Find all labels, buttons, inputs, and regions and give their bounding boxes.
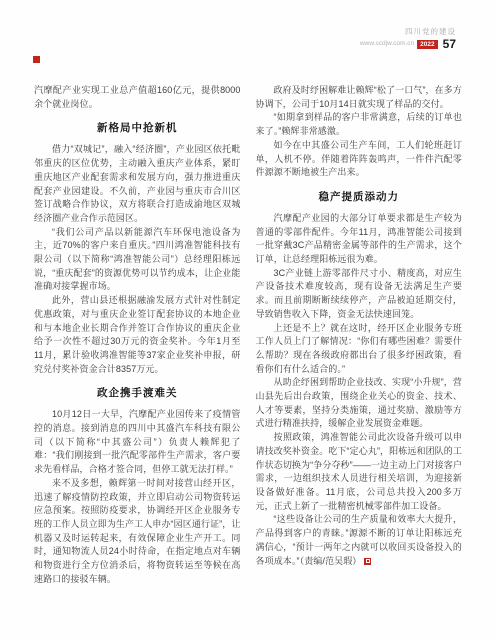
article-column-right: 政府及时纾困解难让赖辉“松了一口气”，在多方协调下，公司于10月14日就实现了样…: [256, 84, 463, 587]
magazine-page: 四川党的建设 www.scdjw.com.cn 2022 57 汽摩配产业实现工…: [0, 0, 496, 640]
section-heading: 政企携手渡难关: [34, 385, 241, 400]
paragraph: 汽摩配产业实现工业总产值超160亿元，提供8000余个就业岗位。: [34, 84, 241, 111]
section-heading: 新格局中抢新机: [34, 120, 241, 135]
article-end-icon: [364, 558, 371, 565]
year-badge: 2022: [417, 40, 437, 49]
article-column-left: 汽摩配产业实现工业总产值超160亿元，提供8000余个就业岗位。 新格局中抢新机…: [34, 84, 241, 587]
paragraph: 如今在中其盛公司生产车间，工人们轮班赶订单，人机不停。伴随着阵阵轰鸣声，一件件汽…: [256, 139, 463, 180]
paragraph: “如期拿到样品的客户非常满意，后续的订单也来了。”赖辉非常感激。: [256, 111, 463, 138]
magazine-title: 四川党的建设: [360, 27, 456, 37]
paragraph: 从助企纾困到帮助企业技改、实现“小升规”，营山县先后出台政策，围绕企业关心的资金…: [256, 376, 463, 431]
paragraph: 3C产业链上游零部件尺寸小、精度高，对应生产设备技术难度较高，现有设备无法满足生…: [256, 267, 463, 322]
paragraph: 上还是不上？就在这时，经开区企业服务专班工作人员上门了解情况：“你们有哪些困难？…: [256, 322, 463, 377]
section-heading: 稳产提质添动力: [256, 189, 463, 204]
page-number: 57: [443, 39, 456, 49]
website-url: www.scdjw.com.cn: [360, 39, 414, 49]
paragraph: 10月12日一大早，汽摩配产业园传来了疫情管控的消息。接到消息的四川中其盛汽车科…: [34, 408, 241, 477]
section-marker-icon: [33, 56, 40, 63]
paragraph: 借力“双城记”，融入“经济圈”，产业园区依托毗邻重庆的区位优势，主动融入重庆产业…: [34, 143, 241, 225]
paragraph: 汽摩配产业园的大部分订单要求都是生产较为普通的零部件配件。今年11月，鸿准智能公…: [256, 212, 463, 267]
paragraph: 来不及多想，赖辉第一时间对接营山经开区，迅速了解疫情防控政策，并立即启动公司物资…: [34, 477, 241, 587]
paragraph: 按照政策，鸿准智能公司此次设备升级可以申请技改奖补资金。吃下“定心丸”，阳栋远和…: [256, 431, 463, 513]
article-body: 汽摩配产业实现工业总产值超160亿元，提供8000余个就业岗位。 新格局中抢新机…: [34, 84, 462, 587]
paragraph: 此外，营山县还根据融渝发展方式针对性制定优惠政策，对与重庆企业签订配套协议的本地…: [34, 294, 241, 376]
page-header: 四川党的建设 www.scdjw.com.cn 2022 57: [360, 27, 456, 49]
paragraph: 政府及时纾困解难让赖辉“松了一口气”，在多方协调下，公司于10月14日就实现了样…: [256, 84, 463, 111]
paragraph-text: “这些设备让公司的生产质量和效率大大提升，产品得到客户的青睐。”源源不断的订单让…: [256, 514, 463, 565]
header-meta-row: www.scdjw.com.cn 2022 57: [360, 39, 456, 49]
paragraph: “我们公司产品以新能源汽车环保电池设备为主，近70%的客户来自重庆。”四川鸿准智…: [34, 226, 241, 295]
closing-paragraph: “这些设备让公司的生产质量和效率大大提升，产品得到客户的青睐。”源源不断的订单让…: [256, 513, 463, 568]
